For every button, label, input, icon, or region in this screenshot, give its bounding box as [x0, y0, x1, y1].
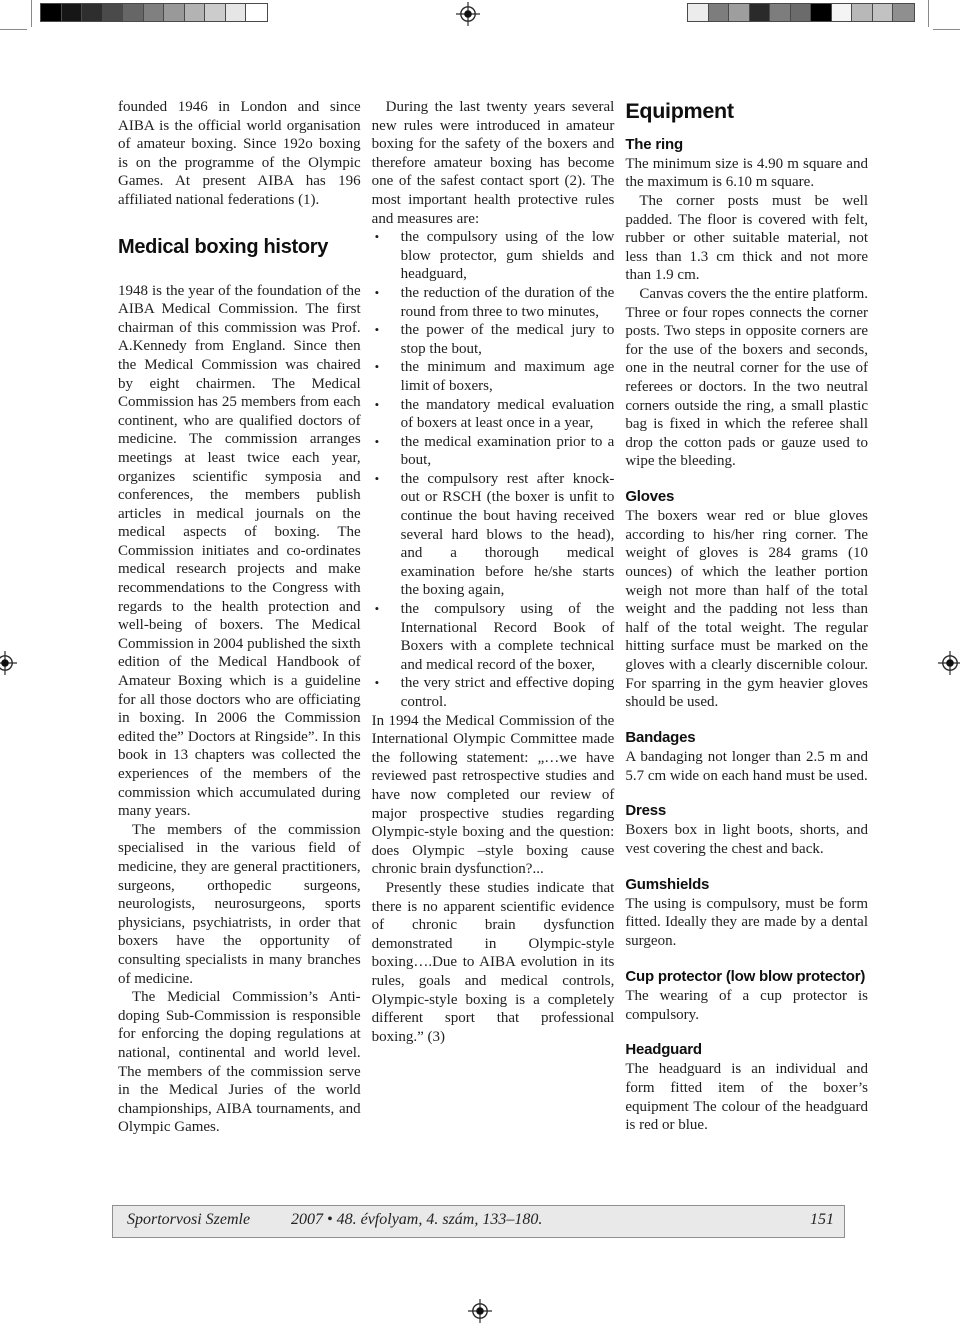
subheading-bandages: Bandages [625, 729, 868, 746]
grayscale-swatch [226, 4, 247, 21]
paragraph-bandages: A bandaging not longer than 2.5 m and 5.… [625, 748, 868, 785]
registration-mark-icon [938, 651, 960, 675]
column-3: Equipment The ring The minimum size is 4… [625, 98, 868, 1137]
subheading-headguard: Headguard [625, 1041, 868, 1058]
list-item: the compulsory rest after knock-out or R… [372, 470, 615, 600]
article-body: founded 1946 in London and since AIBA is… [118, 98, 868, 1137]
paragraph-ring-posts: The corner posts must be well padded. Th… [625, 192, 868, 285]
registration-mark-icon [456, 2, 480, 26]
crop-mark [928, 0, 929, 27]
paragraph-history: 1948 is the year of the foundation of th… [118, 282, 361, 821]
column-2: During the last twenty years several new… [372, 98, 615, 1137]
paragraph-cup-protector: The wearing of a cup protector is compul… [625, 987, 868, 1024]
column-1: founded 1946 in London and since AIBA is… [118, 98, 361, 1137]
paragraph-ioc-1994: In 1994 the Medical Commission of the In… [372, 712, 615, 879]
grayscale-swatch [62, 4, 83, 21]
paragraph-gloves: The boxers wear red or blue gloves accor… [625, 507, 868, 712]
list-item: the minimum and maximum age limit of box… [372, 358, 615, 395]
paragraph-ring-size: The minimum size is 4.90 m square and th… [625, 155, 868, 192]
grayscale-swatch [852, 4, 873, 21]
page-number: 151 [810, 1211, 834, 1229]
grayscale-swatch [750, 4, 771, 21]
paragraph-antidoping: The Medicial Commission’s Anti-doping Su… [118, 988, 361, 1137]
grayscale-swatch [811, 4, 832, 21]
paragraph-ring-canvas: Canvas covers the the entire platform. T… [625, 285, 868, 471]
grayscale-swatch [791, 4, 812, 21]
crop-mark [933, 29, 960, 30]
paragraph-headguard: The headguard is an individual and form … [625, 1060, 868, 1134]
registration-mark-icon [468, 1299, 492, 1323]
list-item: the compulsory using of the low blow pro… [372, 228, 615, 284]
list-item: the mandatory medical evaluation of boxe… [372, 396, 615, 433]
issue-info: 2007 • 48. évfolyam, 4. szám, 133–180. [291, 1211, 542, 1229]
paragraph-gumshields: The using is compulsory, must be form fi… [625, 895, 868, 951]
protective-measures-list: the compulsory using of the low blow pro… [372, 228, 615, 711]
list-item: the compulsory using of the Internationa… [372, 600, 615, 674]
journal-page: founded 1946 in London and since AIBA is… [0, 0, 960, 1332]
list-item: the medical examination prior to a bout, [372, 433, 615, 470]
subheading-gloves: Gloves [625, 488, 868, 505]
grayscale-swatch [82, 4, 103, 21]
grayscale-calibration-strip [40, 3, 268, 22]
subheading-the-ring: The ring [625, 136, 868, 153]
registration-mark-icon [0, 651, 17, 675]
grayscale-swatch [164, 4, 185, 21]
paragraph-rules-intro: During the last twenty years several new… [372, 98, 615, 228]
grayscale-swatch [103, 4, 124, 21]
subheading-dress: Dress [625, 802, 868, 819]
subheading-gumshields: Gumshields [625, 876, 868, 893]
list-item: the power of the medical jury to stop th… [372, 321, 615, 358]
grayscale-swatch [185, 4, 206, 21]
grayscale-swatch [832, 4, 853, 21]
section-heading-medical-boxing-history: Medical boxing history [118, 236, 361, 258]
grayscale-swatch [709, 4, 730, 21]
grayscale-swatch [770, 4, 791, 21]
list-item: the very strict and effective doping con… [372, 674, 615, 711]
paragraph-presently: Presently these studies indicate that th… [372, 879, 615, 1046]
crop-mark [31, 0, 32, 27]
section-heading-equipment: Equipment [625, 100, 868, 124]
grayscale-swatch [246, 4, 267, 21]
crop-mark [0, 29, 27, 30]
paragraph-intro-continuation: founded 1946 in London and since AIBA is… [118, 98, 361, 210]
subheading-cup-protector: Cup protector (low blow protector) [625, 968, 868, 985]
journal-title: Sportorvosi Szemle [127, 1211, 250, 1229]
footer-bar: Sportorvosi Szemle 2007 • 48. évfolyam, … [112, 1205, 845, 1238]
grayscale-swatch [893, 4, 914, 21]
paragraph-dress: Boxers box in light boots, shorts, and v… [625, 821, 868, 858]
list-item: the reduction of the duration of the rou… [372, 284, 615, 321]
grayscale-swatch [123, 4, 144, 21]
grayscale-calibration-strip [687, 3, 915, 22]
grayscale-swatch [873, 4, 894, 21]
grayscale-swatch [205, 4, 226, 21]
grayscale-swatch [144, 4, 165, 21]
paragraph-members: The members of the commission specialise… [118, 821, 361, 988]
grayscale-swatch [688, 4, 709, 21]
grayscale-swatch [729, 4, 750, 21]
grayscale-swatch [41, 4, 62, 21]
